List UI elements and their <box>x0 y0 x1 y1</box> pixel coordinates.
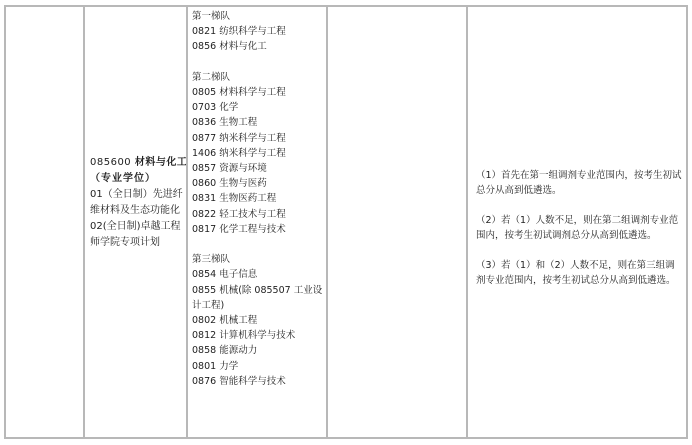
table-column-rules: （1）首先在第一组调剂专业范围内，按考生初试总分从高到低遴选。 （2）若（1）人… <box>466 7 688 437</box>
tier-item: 0821 纺织科学与工程 <box>192 24 326 39</box>
rule-item: （3）若（1）和（2）人数不足，则在第三组调剂专业范围内，按考生初试总分从高到低… <box>476 258 682 288</box>
tier-item: 0854 电子信息 <box>192 267 326 282</box>
major-cell: 085600 材料与化工 （专业学位） 01（全日制）先进纤维材料及生态功能化 … <box>90 155 186 251</box>
tier-item: 0801 力学 <box>192 359 326 374</box>
tier-item: 0812 计算机科学与技术 <box>192 328 326 343</box>
tier-item: 0860 生物与医药 <box>192 176 326 191</box>
tier-group-1: 第一梯队 0821 纺织科学与工程 0856 材料与化工 <box>192 9 326 55</box>
major-degree-type: （专业学位） <box>90 171 186 187</box>
tier-item: 0858 能源动力 <box>192 343 326 358</box>
major-title: 085600 材料与化工 <box>90 155 186 171</box>
tier-item: 0817 化学工程与技术 <box>192 222 326 237</box>
tier-group-3: 第三梯队 0854 电子信息 0855 机械(除 085507 工业设计工程) … <box>192 252 326 389</box>
tier-title: 第一梯队 <box>192 9 326 24</box>
tier-item: 0703 化学 <box>192 100 326 115</box>
tier-item: 0857 资源与环境 <box>192 161 326 176</box>
tier-item: 0856 材料与化工 <box>192 39 326 54</box>
tier-item: 0836 生物工程 <box>192 115 326 130</box>
major-code: 085600 <box>90 157 131 168</box>
tier-title: 第二梯队 <box>192 70 326 85</box>
tier-title: 第三梯队 <box>192 252 326 267</box>
table-column-major: 085600 材料与化工 （专业学位） 01（全日制）先进纤维材料及生态功能化 … <box>83 7 186 437</box>
selection-rules: （1）首先在第一组调剂专业范围内，按考生初试总分从高到低遴选。 （2）若（1）人… <box>476 168 682 303</box>
tier-item: 0831 生物医药工程 <box>192 191 326 206</box>
adjustment-table: 085600 材料与化工 （专业学位） 01（全日制）先进纤维材料及生态功能化 … <box>4 5 688 439</box>
table-column-empty <box>326 7 466 437</box>
table-column-adjustable-majors: 第一梯队 0821 纺织科学与工程 0856 材料与化工 第二梯队 0805 材… <box>186 7 326 437</box>
rule-item: （2）若（1）人数不足，则在第二组调剂专业范围内，按考生初试调剂总分从高到低遴选… <box>476 213 682 243</box>
tier-item: 0876 智能科学与技术 <box>192 374 326 389</box>
tier-item: 0802 机械工程 <box>192 313 326 328</box>
tier-list: 第一梯队 0821 纺织科学与工程 0856 材料与化工 第二梯队 0805 材… <box>192 9 326 389</box>
major-direction: 01（全日制）先进纤维材料及生态功能化 <box>90 187 186 219</box>
tier-item: 0805 材料科学与工程 <box>192 85 326 100</box>
tier-group-2: 第二梯队 0805 材料科学与工程 0703 化学 0836 生物工程 0877… <box>192 70 326 237</box>
tier-item: 0877 纳米科学与工程 <box>192 131 326 146</box>
rule-item: （1）首先在第一组调剂专业范围内，按考生初试总分从高到低遴选。 <box>476 168 682 198</box>
major-direction: 02(全日制)卓越工程师学院专项计划 <box>90 219 186 251</box>
major-name: 材料与化工 <box>135 157 188 168</box>
table-column-college <box>4 7 83 437</box>
tier-item: 1406 纳米科学与工程 <box>192 146 326 161</box>
tier-item: 0855 机械(除 085507 工业设计工程) <box>192 283 326 313</box>
tier-item: 0822 轻工技术与工程 <box>192 207 326 222</box>
